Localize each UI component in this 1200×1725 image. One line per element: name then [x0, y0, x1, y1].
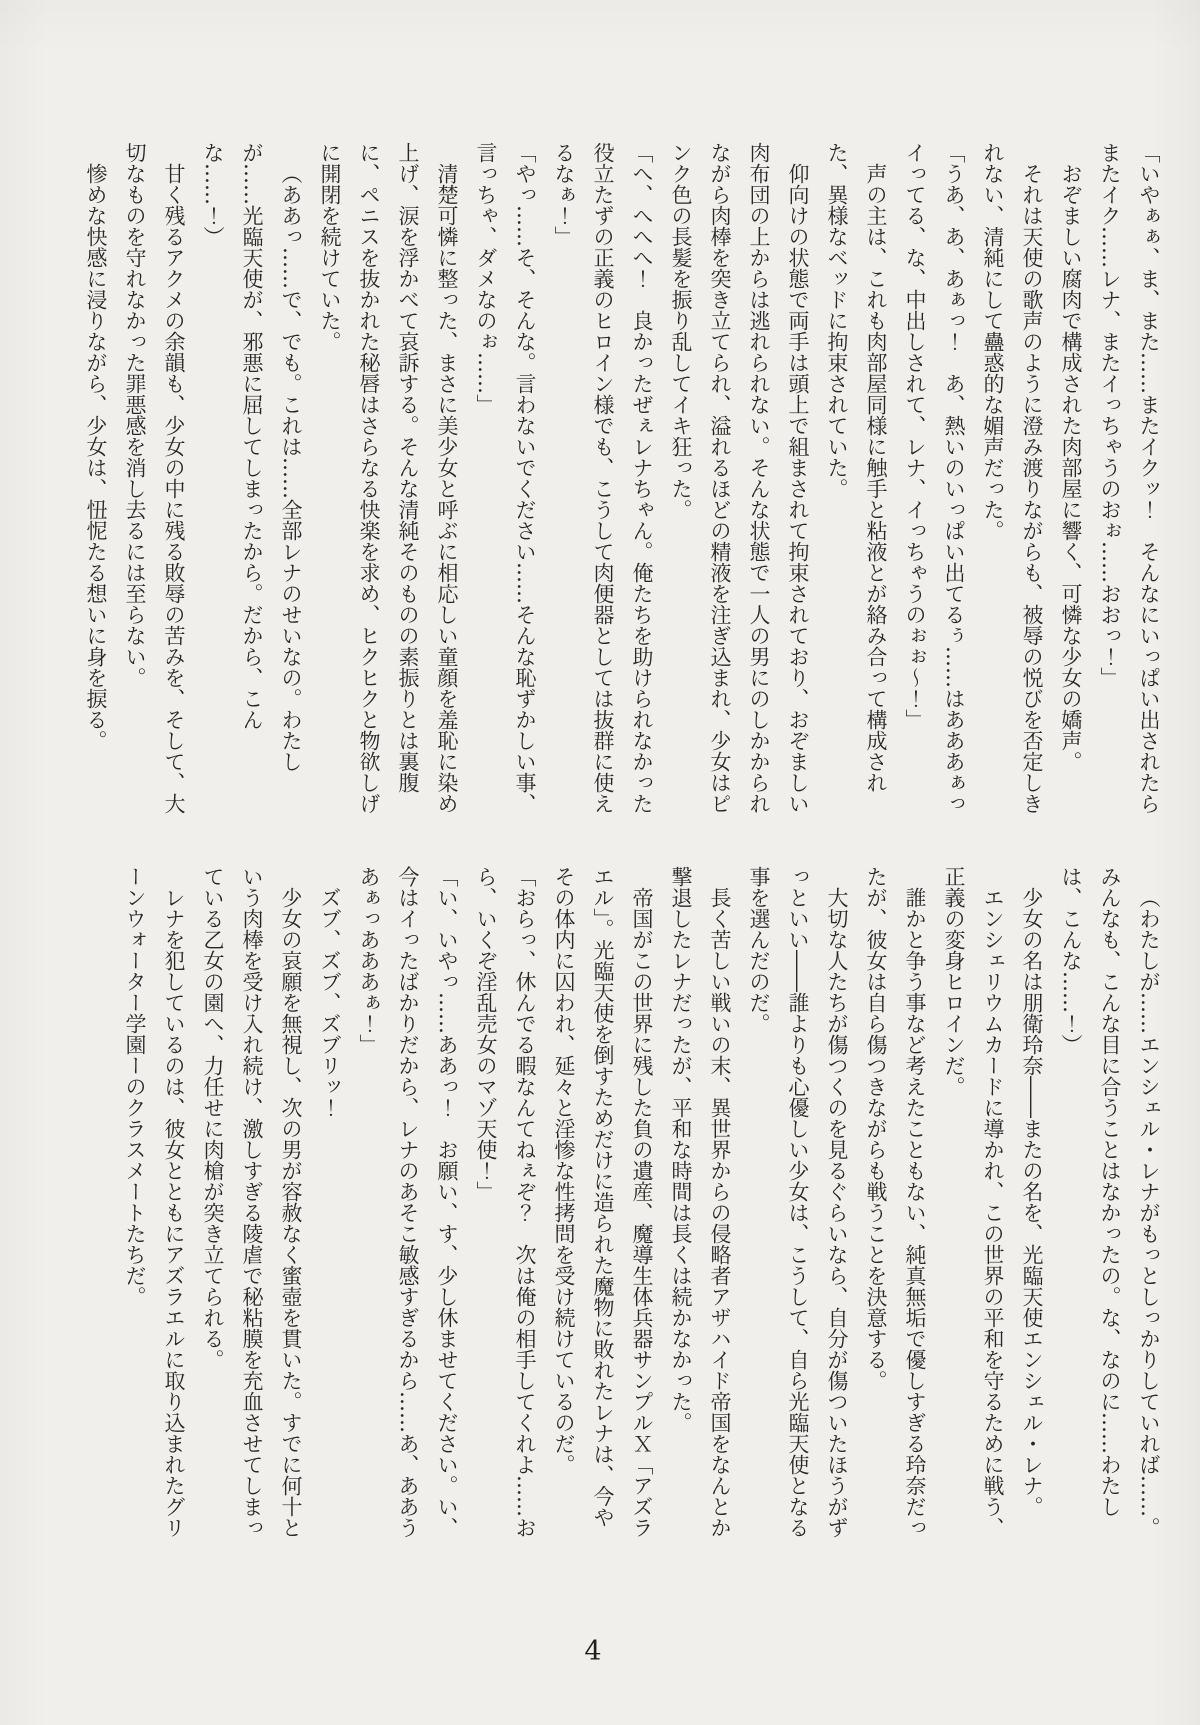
- paragraph: 長く苦しい戦いの末、異世界からの侵略者アザハイド帝国をなんとか撃退したレナだった…: [661, 866, 739, 1548]
- paragraph: エンシェリウムカードに導かれ、この世界の平和を守るために戦う、正義の変身ヒロイン…: [934, 866, 1012, 1548]
- paragraph: 声の主は、これも肉部屋同様に触手と粘液とが絡み合って構成された、異様なベッドに拘…: [817, 142, 895, 824]
- paragraph: 帝国がこの世界に残した負の遺産、魔導生体兵器サンプルＸ「アズラエル」。光臨天使を…: [544, 866, 661, 1548]
- paragraph: 「うあ、あ、あぁっ！ あ、熱いのいっぱい出てるぅ……はあああぁっイってる、な、中…: [895, 142, 973, 824]
- paragraph: 惨めな快感に浸りながら、少女は、忸怩たる想いに身を捩る。: [76, 142, 115, 824]
- paragraph: （わたしが……エンシェル・レナがもっとしっかりしていれば……。みんなも、こんな目…: [1051, 866, 1168, 1548]
- paragraph: 仰向けの状態で両手は頭上で組まされて拘束されており、おぞましい肉布団の上からは逃…: [661, 142, 817, 824]
- scanned-novel-page: 「いやぁぁ、ま、また……またイクッ！ そんなにいっぱい出されたらまたイク……レナ…: [0, 0, 1200, 1725]
- page-number: 4: [558, 1636, 628, 1667]
- paragraph: 少女の哀願を無視し、次の男が容赦なく蜜壺を貫いた。すでに何十という肉棒を受け入れ…: [193, 866, 310, 1548]
- paragraph: それは天使の歌声のように澄み渡りながらも、被辱の悦びを否定しきれない、清純にして…: [973, 142, 1051, 824]
- paragraph: （ああっ……で、でも。これは……全部レナのせいなの。わたしが……光臨天使が、邪悪…: [193, 142, 310, 824]
- text-block-top: 「いやぁぁ、ま、また……またイクッ！ そんなにいっぱい出されたらまたイク……レナ…: [114, 142, 1168, 824]
- paragraph: 「いやぁぁ、ま、また……またイクッ！ そんなにいっぱい出されたらまたイク……レナ…: [1090, 142, 1168, 824]
- paragraph: 誰かと争う事など考えたこともない、純真無垢で優しすぎる玲奈だったが、彼女は自ら傷…: [856, 866, 934, 1548]
- paragraph: ズブ、ズブ、ズブリッ！: [310, 866, 349, 1548]
- paragraph: 甘く残るアクメの余韻も、少女の中に残る敗辱の苦みを、そして、大切なものを守れなか…: [115, 142, 193, 824]
- text-block-bottom: （わたしが……エンシェル・レナがもっとしっかりしていれば……。みんなも、こんな目…: [114, 866, 1168, 1548]
- paragraph: 「やっ……そ、そんな。言わないでください……そんな恥ずかしい事、言っちゃ、ダメな…: [466, 142, 544, 824]
- paragraph: 「い、いやっ……ああっ！ お願い、す、少し休ませてください。い、今はイったばかり…: [349, 866, 466, 1548]
- paragraph: 少女の名は朋衛玲奈――またの名を、光臨天使エンシェル・レナ。: [1012, 866, 1051, 1548]
- paragraph: おぞましい腐肉で構成された肉部屋に響く、可憐な少女の嬌声。: [1051, 142, 1090, 824]
- paragraph: 「へ、へへへ！ 良かったぜぇレナちゃん。俺たちを助けられなかった役立たずの正義の…: [544, 142, 661, 824]
- paragraph: 大切な人たちが傷つくのを見るぐらいなら、自分が傷ついたほうがずっといい――誰より…: [739, 866, 856, 1548]
- paragraph: 「おらっ、休んでる暇なんてねぇぞ？ 次は俺の相手してくれよ……おら、いくぞ淫乱売…: [466, 866, 544, 1548]
- paragraph: レナを犯しているのは、彼女とともにアズラエルに取り込まれたグリーンウォーター学園…: [115, 866, 193, 1548]
- paragraph: 清楚可憐に整った、まさに美少女と呼ぶに相応しい童顔を羞恥に染め上げ、涙を浮かべて…: [310, 142, 466, 824]
